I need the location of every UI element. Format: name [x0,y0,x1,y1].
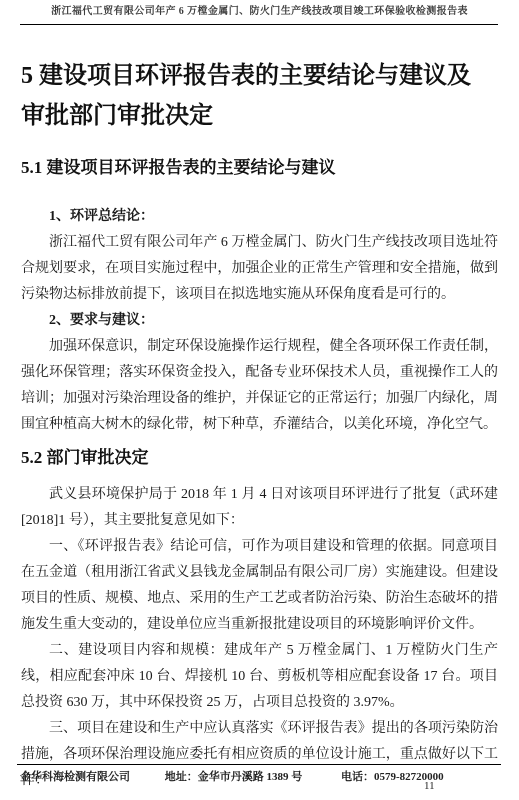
approval-intro-paragraph: 武义县环境保护局于 2018 年 1 月 4 日对该项目环评进行了批复（武环建[… [21,482,498,534]
requirements-suggestions-paragraph: 加强环保意识，制定环保设施操作运行规程，健全各项环保工作责任制，强化环保管理；落… [21,334,498,438]
chapter-title-line1: 5 建设项目环评报告表的主要结论与建议及 [21,56,498,96]
footer-address: 地址：金华市丹溪路 1389 号 [165,771,303,783]
footer-company-name: 金华科海检测有限公司 [20,771,130,783]
approval-item-2: 二、建设项目内容和规模：建成年产 5 万樘金属门、1 万樘防火门生产线，相应配套… [21,638,498,716]
requirements-suggestions-label: 2、要求与建议： [21,308,498,334]
section-5-2-heading: 5.2 部门审批决定 [21,446,498,470]
document-page: 浙江福代工贸有限公司年产 6 万樘金属门、防火门生产线技改项目竣工环保验收检测报… [0,0,519,800]
eia-conclusion-paragraph: 浙江福代工贸有限公司年产 6 万樘金属门、防火门生产线技改项目选址符合规划要求，… [21,230,498,308]
page-content: 5 建设项目环评报告表的主要结论与建议及 审批部门审批决定 5.1 建设项目环评… [21,54,498,794]
footer-divider [17,764,501,765]
chapter-title: 5 建设项目环评报告表的主要结论与建议及 审批部门审批决定 [21,56,498,136]
report-header-note: 浙江福代工贸有限公司年产 6 万樘金属门、防火门生产线技改项目竣工环保验收检测报… [0,5,519,19]
header-divider [20,24,498,25]
approval-item-1: 一、《环评报告表》结论可信，可作为项目建设和管理的依据。同意项目在五金道（租用浙… [21,534,498,638]
page-number: 11 [424,780,435,792]
chapter-title-line2: 审批部门审批决定 [21,96,498,136]
section-5-1-heading: 5.1 建设项目环评报告表的主要结论与建议 [21,156,498,180]
eia-conclusion-label: 1、环评总结论： [21,204,498,230]
